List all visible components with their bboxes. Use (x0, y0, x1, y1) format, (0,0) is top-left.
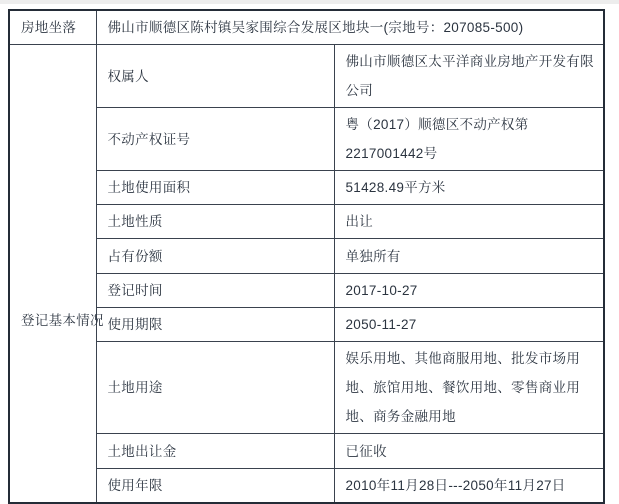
row-value-registration-date: 2017-10-27 (334, 274, 604, 308)
row-value-use-deadline: 2050-11-27 (334, 308, 604, 342)
table-row: 土地使用面积 51428.49平方米 (9, 171, 604, 205)
row-value-land-transfer-fee: 已征收 (334, 434, 604, 469)
section-rowheader-label: 登记基本情况 (21, 306, 104, 335)
table-row: 土地性质 出让 (9, 205, 604, 239)
page-top-strip (0, 0, 619, 4)
row-label-land-transfer-fee: 土地出让金 (96, 434, 334, 469)
table-row: 土地出让金 已征收 (9, 434, 604, 469)
table-row: 房地坐落 佛山市顺德区陈村镇吴家围综合发展区地块一(宗地号：207085-500… (9, 10, 604, 45)
row-header-site-location: 房地坐落 (9, 10, 96, 45)
table-row: 不动产权证号 粤（2017）顺德区不动产权第2217001442号 (9, 108, 604, 171)
row-value-ownership-share: 单独所有 (334, 239, 604, 274)
row-label-certificate-number: 不动产权证号 (96, 108, 334, 171)
row-label-land-use: 土地用途 (96, 342, 334, 434)
row-label-land-area: 土地使用面积 (96, 171, 334, 205)
row-label-ownership-share: 占有份额 (96, 239, 334, 274)
row-value-land-use: 娱乐用地、其他商服用地、批发市场用地、旅馆用地、餐饮用地、零售商业用地、商务金融… (334, 342, 604, 434)
row-value-certificate-number: 粤（2017）顺德区不动产权第2217001442号 (334, 108, 604, 171)
row-value-land-area: 51428.49平方米 (334, 171, 604, 205)
table-row: 登记基本情况 权属人 佛山市顺德区太平洋商业房地产开发有限公司 (9, 45, 604, 108)
row-label-owner: 权属人 (96, 45, 334, 108)
row-label-land-nature: 土地性质 (96, 205, 334, 239)
row-label-registration-date: 登记时间 (96, 274, 334, 308)
row-label-use-deadline: 使用期限 (96, 308, 334, 342)
site-location-value: 佛山市顺德区陈村镇吴家围综合发展区地块一(宗地号：207085-500) (96, 10, 604, 45)
section-rowheader-registration-basics: 登记基本情况 (9, 45, 96, 472)
row-value-land-nature: 出让 (334, 205, 604, 239)
land-registration-table-container: 房地坐落 佛山市顺德区陈村镇吴家围综合发展区地块一(宗地号：207085-500… (8, 9, 605, 471)
table-row: 土地用途 娱乐用地、其他商服用地、批发市场用地、旅馆用地、餐饮用地、零售商业用地… (9, 342, 604, 434)
row-value-owner: 佛山市顺德区太平洋商业房地产开发有限公司 (334, 45, 604, 108)
land-registration-table: 房地坐落 佛山市顺德区陈村镇吴家围综合发展区地块一(宗地号：207085-500… (8, 9, 605, 471)
